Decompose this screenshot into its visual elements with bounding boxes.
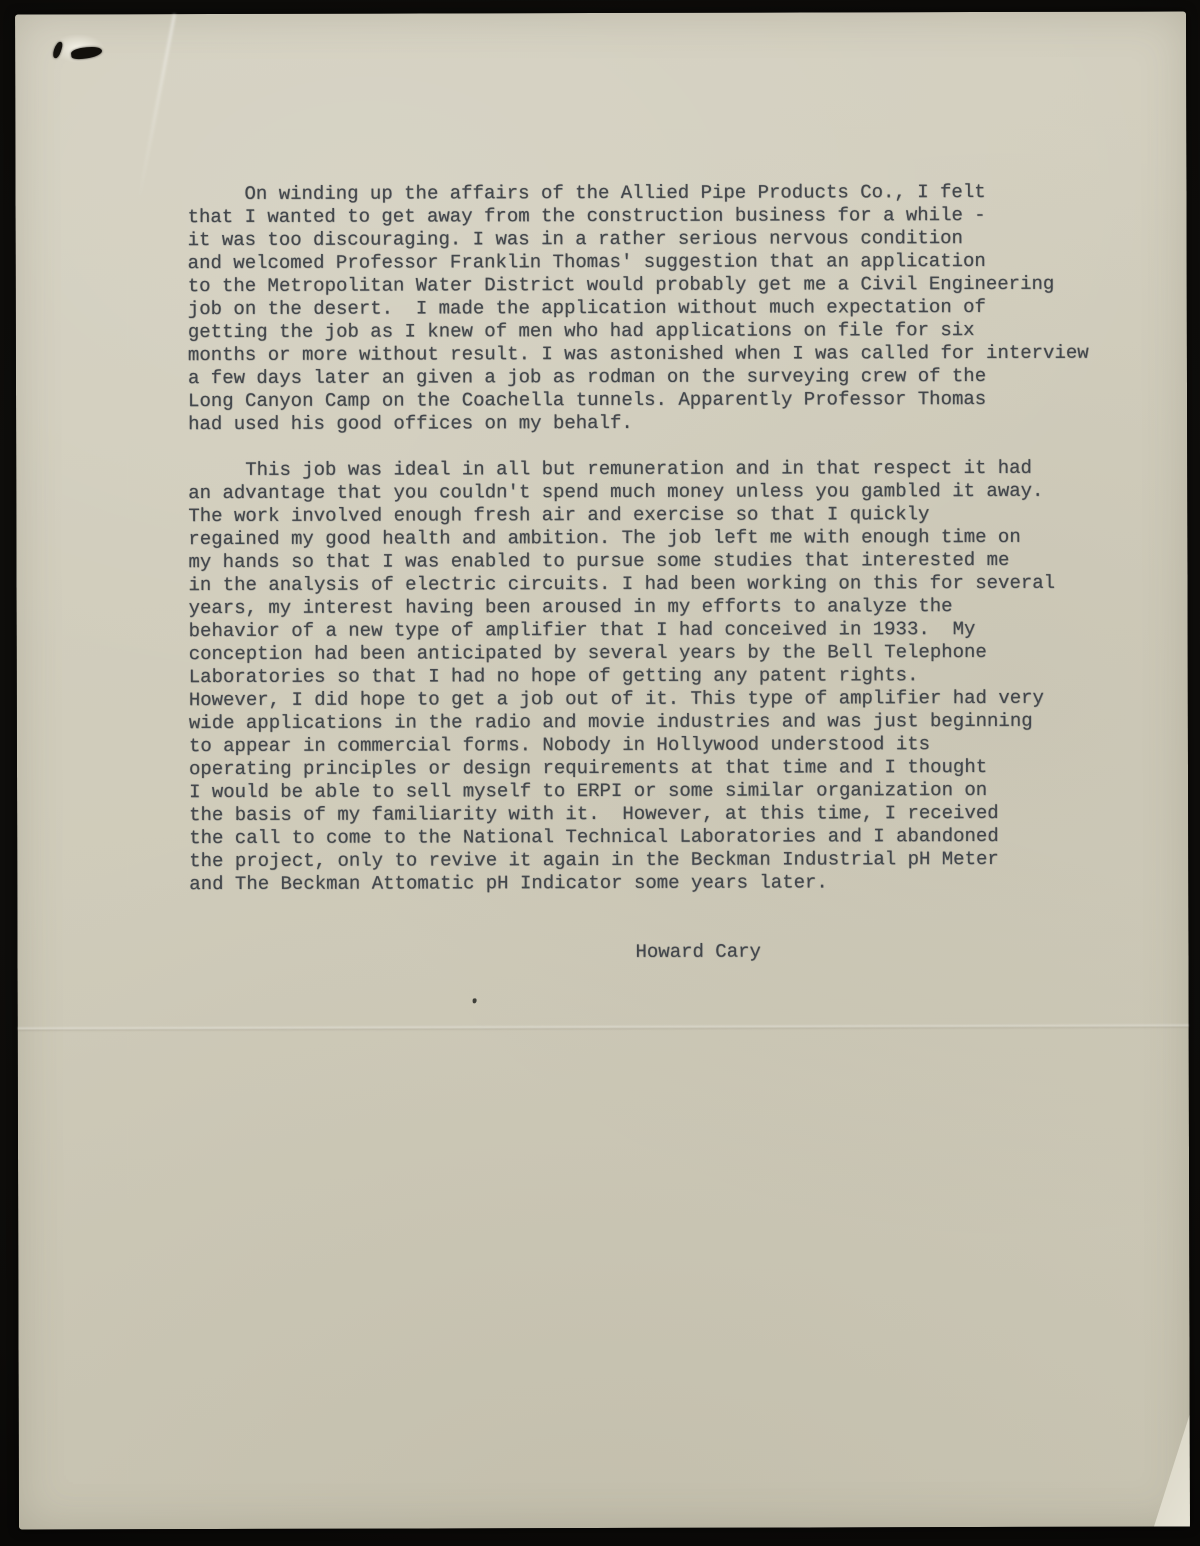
letter-line: that I wanted to get away from the const… <box>188 204 1148 230</box>
letter-line: On winding up the affairs of the Allied … <box>187 181 1147 207</box>
letter-line: it was too discouraging. I was in a rath… <box>188 227 1148 253</box>
letter-line: Laboratories so that I had no hope of ge… <box>189 664 1149 690</box>
signature-line: Howard Cary <box>189 940 1149 966</box>
letter-line: operating principles or design requireme… <box>189 756 1149 782</box>
paper-crease <box>137 14 176 201</box>
letter-line: and The Beckman Attomatic pH Indicator s… <box>189 871 1149 897</box>
letter-line: regained my good health and ambition. Th… <box>188 526 1148 552</box>
letter-line: a few days later an given a job as rodma… <box>188 365 1148 391</box>
letter-line: behavior of a new type of amplifier that… <box>189 618 1149 644</box>
letter-line: to appear in commercial forms. Nobody in… <box>189 733 1149 759</box>
letter-line: the call to come to the National Technic… <box>189 825 1149 851</box>
letter-line: getting the job as I knew of men who had… <box>188 319 1148 345</box>
letter-line: The work involved enough fresh air and e… <box>188 503 1148 529</box>
letter-line: to the Metropolitan Water District would… <box>188 273 1148 299</box>
letter-line: conception had been anticipated by sever… <box>189 641 1149 667</box>
letter-body: On winding up the affairs of the Allied … <box>187 112 1149 1012</box>
letter-line: had used his good offices on my behalf. <box>188 411 1148 437</box>
letter-line: Long Canyon Camp on the Coachella tunnel… <box>188 388 1148 414</box>
chipped-corner <box>1154 1414 1190 1526</box>
letter-paper: On winding up the affairs of the Allied … <box>15 11 1190 1529</box>
letter-line: wide applications in the radio and movie… <box>189 710 1149 736</box>
letter-line: the basis of my familiarity with it. How… <box>189 802 1149 828</box>
letter-line: This job was ideal in all but remunerati… <box>188 457 1148 483</box>
letter-line: years, my interest having been aroused i… <box>189 595 1149 621</box>
letter-line: However, I did hope to get a job out of … <box>189 687 1149 713</box>
scan-background: On winding up the affairs of the Allied … <box>0 0 1200 1546</box>
letter-line: in the analysis of electric circuits. I … <box>188 572 1148 598</box>
letter-line: the project, only to revive it again in … <box>189 848 1149 874</box>
letter-line: months or more without result. I was ast… <box>188 342 1148 368</box>
paragraph: This job was ideal in all but remunerati… <box>188 457 1149 897</box>
letter-line: job on the desert. I made the applicatio… <box>188 296 1148 322</box>
letter-line: and welcomed Professor Franklin Thomas' … <box>188 250 1148 276</box>
letter-line: an advantage that you couldn't spend muc… <box>188 480 1148 506</box>
fold-crease <box>18 1023 1189 1031</box>
paragraph: On winding up the affairs of the Allied … <box>187 181 1148 437</box>
letter-line: I would be able to sell myself to ERPI o… <box>189 779 1149 805</box>
letter-line: my hands so that I was enabled to pursue… <box>188 549 1148 575</box>
